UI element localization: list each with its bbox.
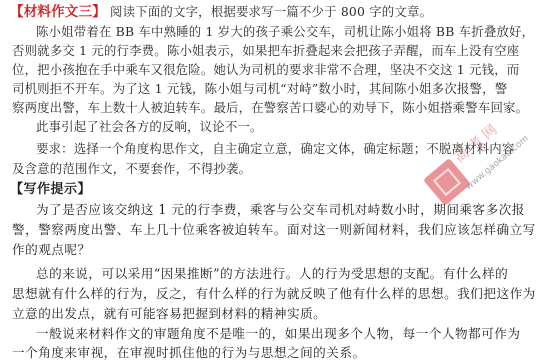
tip-paragraph-line: 为了是否应该交纳这 1 元的行李费，乘客与公交车司机对峙数小时，期间乘客多次报 — [36, 201, 525, 219]
story-line: 察两度出警，车上数十人被迫转车。最后，在警察苦口婆心的劝导下，陈小姐搭乘警车回家… — [12, 99, 528, 117]
material-heading: 【材料作文三】 — [10, 4, 106, 20]
tip-paragraph-line: 警，警察两度出警、车上几十位乘客被迫转车。面对这一则新闻材料，我们应该怎样确立写 — [12, 221, 536, 239]
tip-paragraph-line: 总的来说，可以采用“因果推断”的方法进行。人的行为受思想的支配。有什么样的 — [36, 265, 508, 283]
tip-paragraph-line: 立意的出发点，就有可能容易把握到材料的精神实质。 — [12, 305, 326, 323]
story-line: 司机则拒不开车。为了这 1 元钱，陈小姐与司机“对峙”数小时，其间陈小姐多次报警… — [12, 80, 507, 98]
material-header-line: 【材料作文三】 阅读下面的文字，根据要求写一篇不少于 800 字的文章。 — [10, 3, 432, 21]
story-line: 位，把小孩抱在手中乘车又很危险。她认为司机的要求非常不合理，坚决不交这 1 元钱… — [12, 61, 519, 79]
requirement-line: 要求：选择一个角度构思作文，自主确定立意，确定文体，确定标题；不脱离材料内容 — [36, 140, 514, 158]
tips-heading: 【写作提示】 — [10, 180, 91, 199]
requirement-line: 及含意的范围作文，不要套作，不得抄袭。 — [12, 160, 251, 178]
tip-paragraph-line: 一个角度来审视，在审视时抓住他的行为与思想之间的关系。 — [12, 344, 366, 362]
tip-paragraph-line: 思想就有什么样的行为，反之，有什么样的行为就反映了他有什么样的思想。我们把这作为 — [12, 285, 536, 303]
seal-stamp-icon — [423, 158, 471, 206]
story-line: 此事引起了社会各方的反响，议论不一。 — [36, 118, 263, 136]
story-line: 否则就多交 1 元的行李费。陈小姐表示，如果把车折叠起来会把孩子弄醒，而车上没有… — [12, 42, 519, 60]
tip-paragraph-line: 一般说来材料作文的审题角度不是唯一的，如果出现多个人物，每一个人物都可作为 — [36, 325, 520, 343]
tip-paragraph-line: 作的观点呢？ — [12, 241, 91, 259]
document-page: 【材料作文三】 阅读下面的文字，根据要求写一篇不少于 800 字的文章。 陈小姐… — [0, 0, 550, 363]
material-instruction: 阅读下面的文字，根据要求写一篇不少于 800 字的文章。 — [110, 4, 432, 19]
tips-heading-text: 【写作提示】 — [10, 182, 91, 197]
story-line: 陈小姐带着在 BB 车中熟睡的 1 岁大的孩子乘公交车，司机让陈小姐将 BB 车… — [36, 23, 534, 41]
